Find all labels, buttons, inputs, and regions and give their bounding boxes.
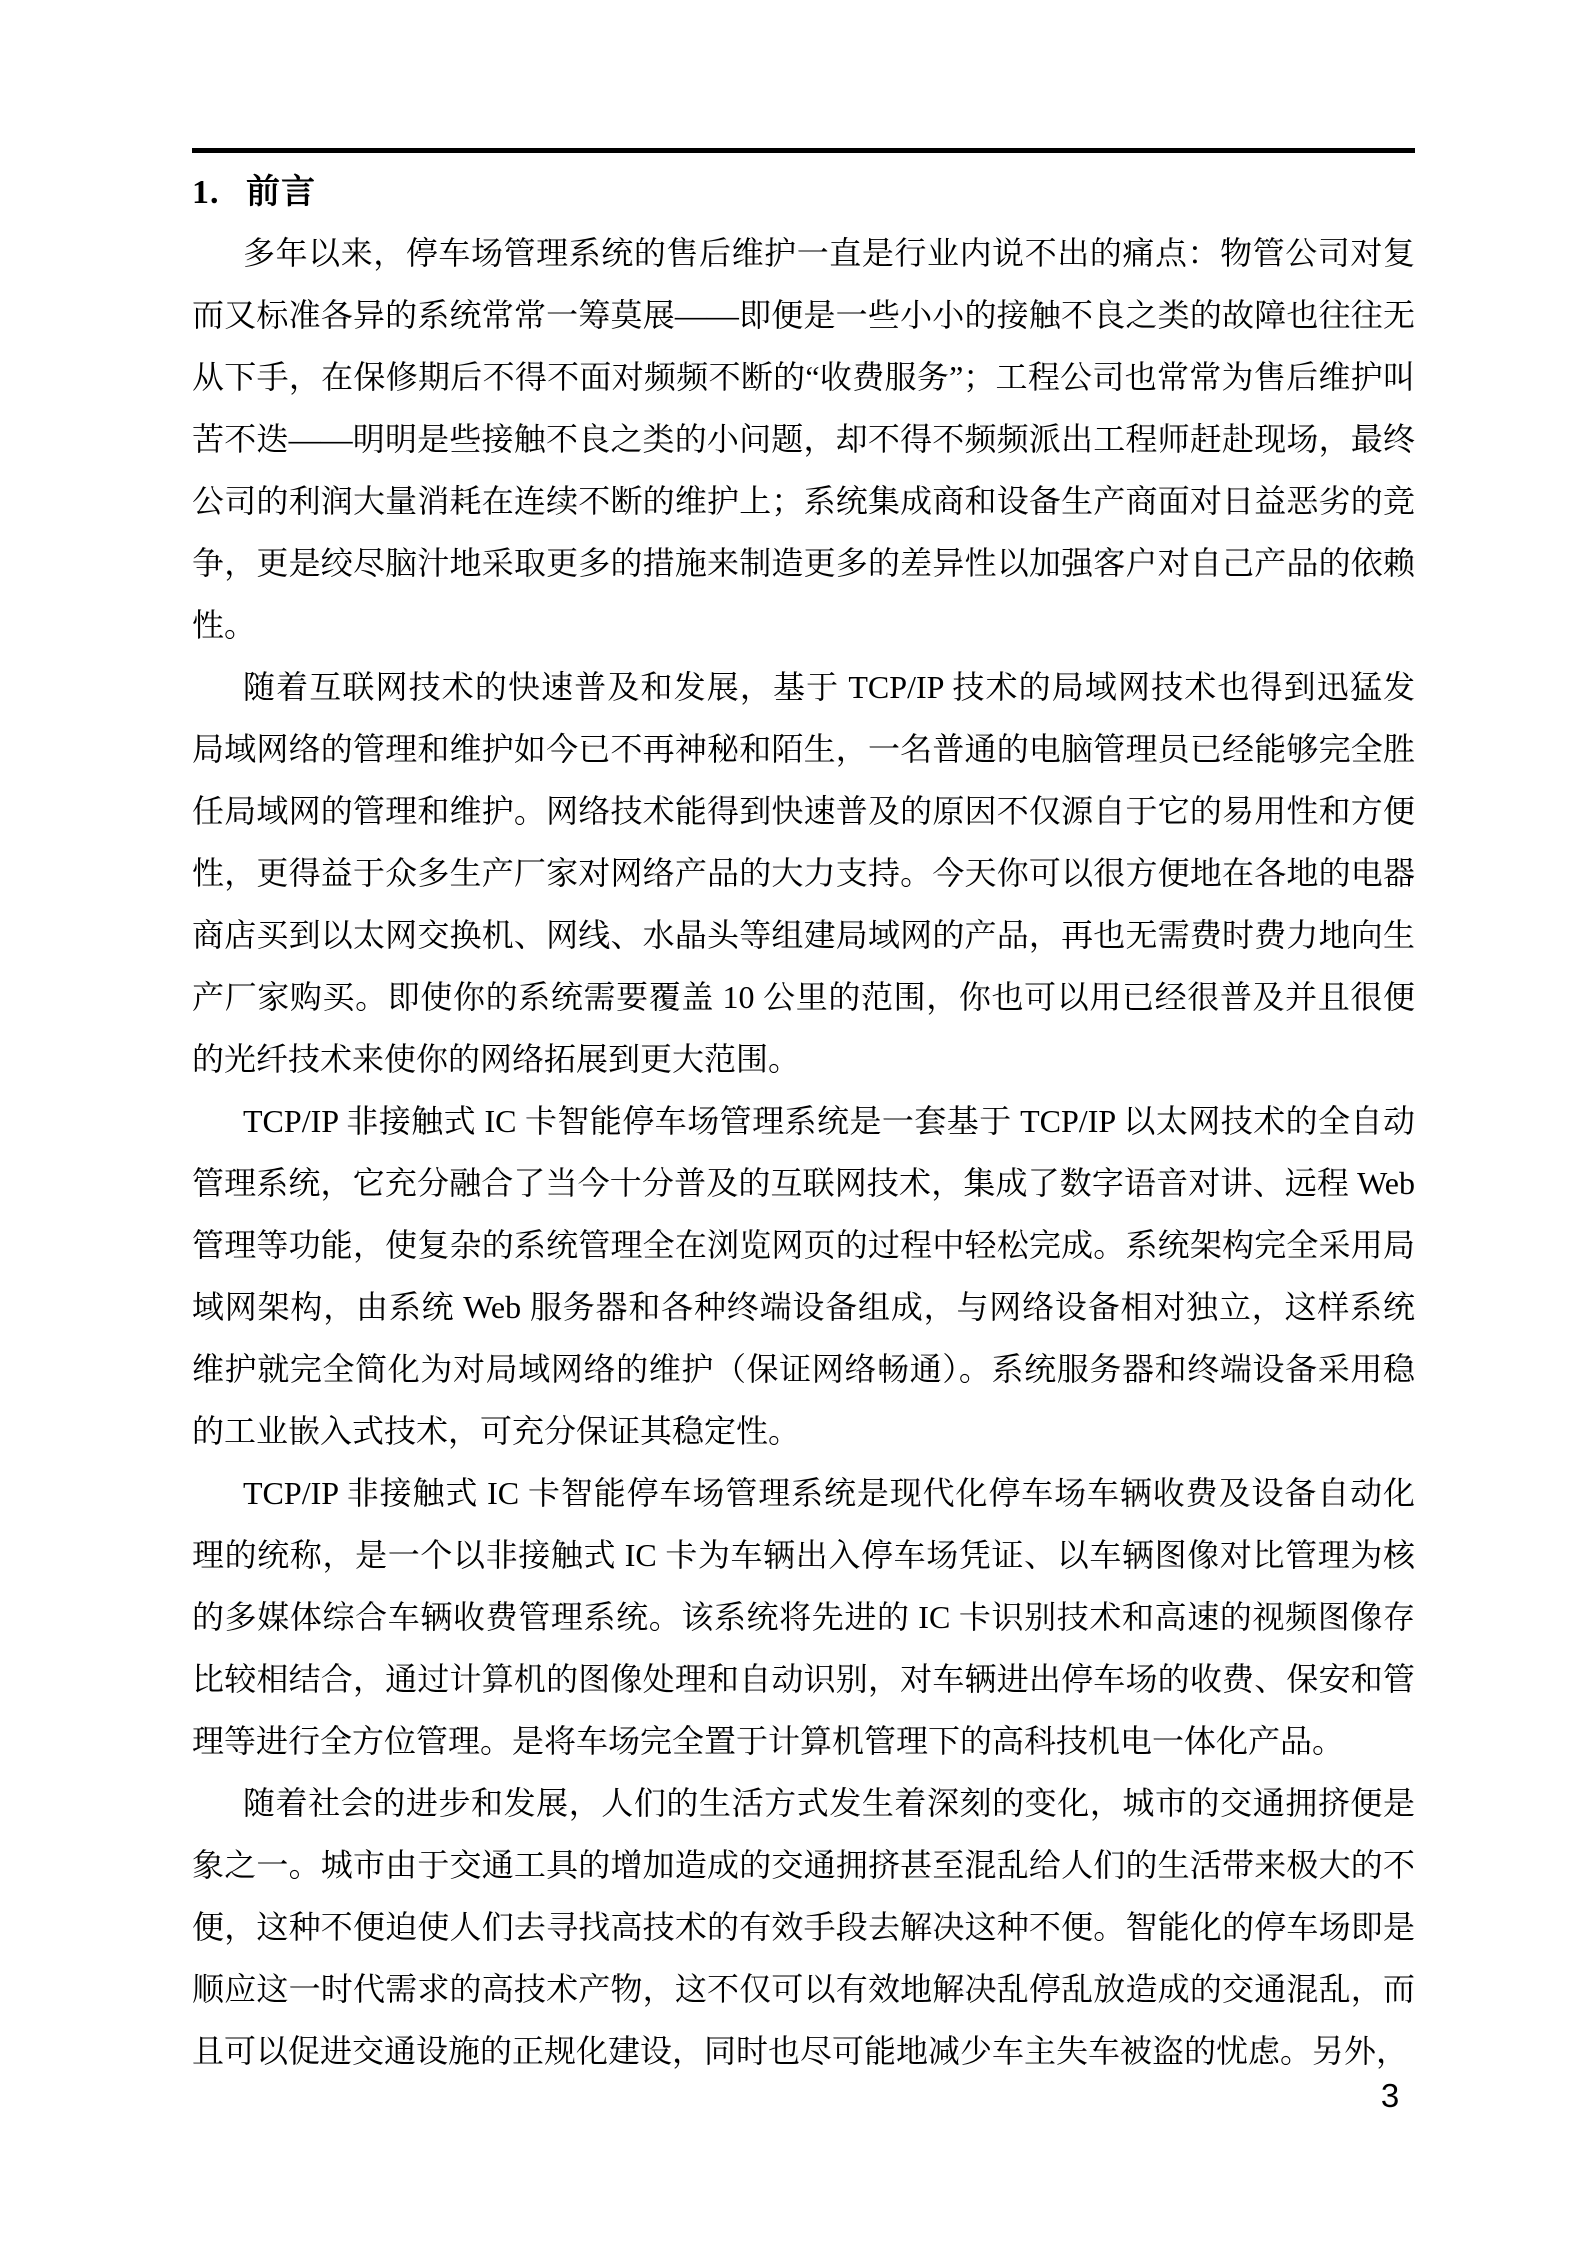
paragraph-line: 理等进行全方位管理。是将车场完全置于计算机管理下的高科技机电一体化产品。 — [192, 1710, 1415, 1772]
paragraph-line: 多年以来，停车场管理系统的售后维护一直是行业内说不出的痛点：物管公司对复杂 — [192, 222, 1415, 284]
paragraph-line: 从下手，在保修期后不得不面对频频不断的“收费服务”；工程公司也常常为售后维护叫 — [192, 346, 1415, 408]
paragraph-line: 局域网络的管理和维护如今已不再神秘和陌生，一名普通的电脑管理员已经能够完全胜 — [192, 718, 1415, 780]
page-number: 3 — [1340, 2076, 1440, 2116]
paragraph-line: 产厂家购买。即使你的系统需要覆盖 10 公里的范围，你也可以用已经很普及并且很便… — [192, 966, 1415, 1028]
header-rule — [192, 148, 1415, 153]
paragraph-line: 公司的利润大量消耗在连续不断的维护上；系统集成商和设备生产商面对日益恶劣的竞 — [192, 470, 1415, 532]
paragraph-line: 争，更是绞尽脑汁地采取更多的措施来制造更多的差异性以加强客户对自己产品的依赖 — [192, 532, 1415, 594]
section-number: 1. — [192, 164, 246, 222]
paragraph-line: 便，这种不便迫使人们去寻找高技术的有效手段去解决这种不便。智能化的停车场即是 — [192, 1896, 1415, 1958]
section-title: 前言 — [246, 164, 316, 222]
paragraph-line: 维护就完全简化为对局域网络的维护（保证网络畅通）。系统服务器和终端设备采用稳定 — [192, 1338, 1415, 1400]
paragraph-line: 且可以促进交通设施的正规化建设，同时也尽可能地减少车主失车被盗的忧虑。另外， — [192, 2020, 1415, 2082]
paragraph-line: 随着社会的进步和发展，人们的生活方式发生着深刻的变化，城市的交通拥挤便是现 — [192, 1772, 1415, 1834]
paragraph-line: TCP/IP 非接触式 IC 卡智能停车场管理系统是一套基于 TCP/IP 以太… — [192, 1090, 1415, 1152]
paragraph-line: 管理系统，它充分融合了当今十分普及的互联网技术，集成了数字语音对讲、远程 Web — [192, 1152, 1415, 1214]
paragraph-line: 性。 — [192, 594, 1415, 656]
paragraph-line: 的多媒体综合车辆收费管理系统。该系统将先进的 IC 卡识别技术和高速的视频图像存… — [192, 1586, 1415, 1648]
paragraph-line: 任局域网的管理和维护。网络技术能得到快速普及的原因不仅源自于它的易用性和方便 — [192, 780, 1415, 842]
document-page: 1. 前言 多年以来，停车场管理系统的售后维护一直是行业内说不出的痛点：物管公司… — [0, 0, 1587, 2245]
paragraph-line: 的工业嵌入式技术，可充分保证其稳定性。 — [192, 1400, 1415, 1462]
paragraph-line: 比较相结合，通过计算机的图像处理和自动识别，对车辆进出停车场的收费、保安和管 — [192, 1648, 1415, 1710]
paragraph-line: 域网架构，由系统 Web 服务器和各种终端设备组成，与网络设备相对独立，这样系统… — [192, 1276, 1415, 1338]
paragraph-line: 性，更得益于众多生产厂家对网络产品的大力支持。今天你可以很方便地在各地的电器 — [192, 842, 1415, 904]
paragraph-line: 理的统称，是一个以非接触式 IC 卡为车辆出入停车场凭证、以车辆图像对比管理为核… — [192, 1524, 1415, 1586]
paragraph-line: 象之一。城市由于交通工具的增加造成的交通拥挤甚至混乱给人们的生活带来极大的不 — [192, 1834, 1415, 1896]
paragraph-line: 的光纤技术来使你的网络拓展到更大范围。 — [192, 1028, 1415, 1090]
paragraph-line: 顺应这一时代需求的高技术产物，这不仅可以有效地解决乱停乱放造成的交通混乱，而 — [192, 1958, 1415, 2020]
paragraph-line: 商店买到以太网交换机、网线、水晶头等组建局域网的产品，再也无需费时费力地向生 — [192, 904, 1415, 966]
paragraph-line: 苦不迭——明明是些接触不良之类的小问题，却不得不频频派出工程师赶赴现场，最终 — [192, 408, 1415, 470]
section-heading: 1. 前言 — [192, 164, 316, 222]
paragraph-line: 管理等功能，使复杂的系统管理全在浏览网页的过程中轻松完成。系统架构完全采用局 — [192, 1214, 1415, 1276]
paragraph-line: TCP/IP 非接触式 IC 卡智能停车场管理系统是现代化停车场车辆收费及设备自… — [192, 1462, 1415, 1524]
paragraph-line: 而又标准各异的系统常常一筹莫展——即便是一些小小的接触不良之类的故障也往往无 — [192, 284, 1415, 346]
paragraph-line: 随着互联网技术的快速普及和发展，基于 TCP/IP 技术的局域网技术也得到迅猛发… — [192, 656, 1415, 718]
body-text: 多年以来，停车场管理系统的售后维护一直是行业内说不出的痛点：物管公司对复杂而又标… — [192, 222, 1415, 2082]
